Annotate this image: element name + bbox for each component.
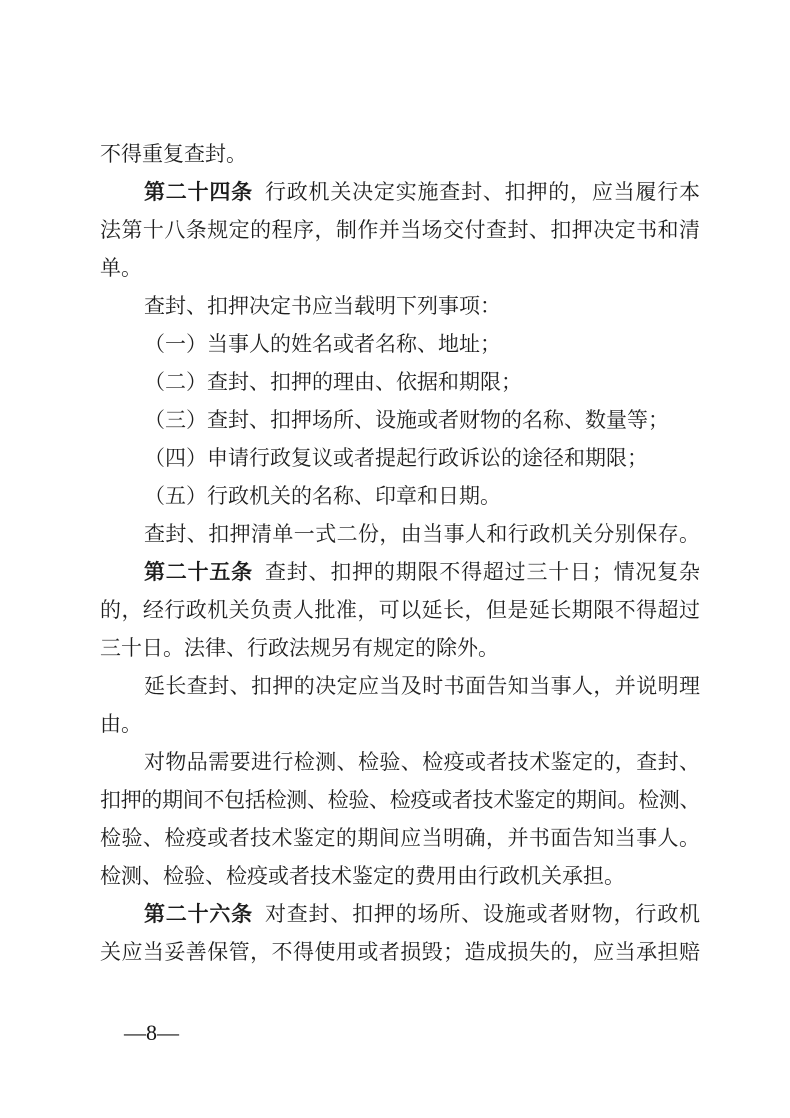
document-page: 不得重复查封。 第二十四条行政机关决定实施查封、扣押的，应当履行本 法第十八条规…	[0, 0, 790, 1118]
line-text: （一）当事人的姓名或者名称、地址；	[144, 332, 501, 356]
line-text: （二）查封、扣押的理由、依据和期限；	[144, 370, 522, 394]
list-item-5: （五）行政机关的名称、印章和日期。	[100, 477, 700, 515]
body-line: 三十日。法律、行政法规另有规定的除外。	[100, 629, 700, 667]
line-text: 不得重复查封。	[100, 142, 247, 166]
page-number: —8—	[124, 1019, 179, 1047]
line-text: 检验、检疫或者技术鉴定的期间应当明确，并书面告知当事人。	[100, 826, 700, 850]
line-text: 法第十八条规定的程序，制作并当场交付查封、扣押决定书和清	[100, 218, 700, 242]
line-text: 单。	[100, 256, 142, 280]
body-line: 延长查封、扣押的决定应当及时书面告知当事人，并说明理	[100, 667, 700, 705]
body-line: 扣押的期间不包括检测、检验、检疫或者技术鉴定的期间。检测、	[100, 781, 700, 819]
line-text: 查封、扣押清单一式二份，由当事人和行政机关分别保存。	[144, 522, 700, 546]
line-text: （四）申请行政复议或者提起行政诉讼的途径和期限；	[144, 446, 648, 470]
line-text: 扣押的期间不包括检测、检验、检疫或者技术鉴定的期间。检测、	[100, 788, 700, 812]
body-line: 对物品需要进行检测、检验、检疫或者技术鉴定的，查封、	[100, 743, 700, 781]
line-text: 行政机关决定实施查封、扣押的，应当履行本	[265, 180, 700, 204]
list-item-3: （三）查封、扣押场所、设施或者财物的名称、数量等；	[100, 401, 700, 439]
list-item-4: （四）申请行政复议或者提起行政诉讼的途径和期限；	[100, 439, 700, 477]
body-line: 由。	[100, 705, 700, 743]
article-26-heading-line: 第二十六条对查封、扣押的场所、设施或者财物，行政机	[100, 895, 700, 933]
line-text: 查封、扣押决定书应当载明下列事项：	[144, 294, 501, 318]
body-line: 查封、扣押清单一式二份，由当事人和行政机关分别保存。	[100, 515, 700, 553]
body-line: 不得重复查封。	[100, 135, 700, 173]
line-text: 对查封、扣押的场所、设施或者财物，行政机	[265, 902, 700, 926]
body-line: 法第十八条规定的程序，制作并当场交付查封、扣押决定书和清	[100, 211, 700, 249]
list-item-2: （二）查封、扣押的理由、依据和期限；	[100, 363, 700, 401]
article-number: 第二十四条	[144, 180, 253, 204]
line-text: 对物品需要进行检测、检验、检疫或者技术鉴定的，查封、	[144, 750, 700, 774]
line-text: 检测、检验、检疫或者技术鉴定的费用由行政机关承担。	[100, 864, 625, 888]
line-text: （三）查封、扣押场所、设施或者财物的名称、数量等；	[144, 408, 669, 432]
article-number: 第二十五条	[144, 560, 253, 584]
line-text: 的，经行政机关负责人批准，可以延长，但是延长期限不得超过	[100, 598, 700, 622]
article-25-heading-line: 第二十五条查封、扣押的期限不得超过三十日；情况复杂	[100, 553, 700, 591]
article-24-heading-line: 第二十四条行政机关决定实施查封、扣押的，应当履行本	[100, 173, 700, 211]
body-line: 的，经行政机关负责人批准，可以延长，但是延长期限不得超过	[100, 591, 700, 629]
list-item-1: （一）当事人的姓名或者名称、地址；	[100, 325, 700, 363]
body-line: 检验、检疫或者技术鉴定的期间应当明确，并书面告知当事人。	[100, 819, 700, 857]
body-line: 单。	[100, 249, 700, 287]
line-text: 延长查封、扣押的决定应当及时书面告知当事人，并说明理	[144, 674, 700, 698]
line-text: （五）行政机关的名称、印章和日期。	[144, 484, 501, 508]
line-text: 由。	[100, 712, 142, 736]
line-text: 查封、扣押的期限不得超过三十日；情况复杂	[265, 560, 700, 584]
article-number: 第二十六条	[144, 902, 253, 926]
body-line: 关应当妥善保管，不得使用或者损毁；造成损失的，应当承担赔	[100, 933, 700, 971]
line-text: 三十日。法律、行政法规另有规定的除外。	[100, 636, 499, 660]
page-body-text: 不得重复查封。 第二十四条行政机关决定实施查封、扣押的，应当履行本 法第十八条规…	[100, 135, 700, 971]
body-line: 查封、扣押决定书应当载明下列事项：	[100, 287, 700, 325]
line-text: 关应当妥善保管，不得使用或者损毁；造成损失的，应当承担赔	[100, 940, 700, 964]
body-line: 检测、检验、检疫或者技术鉴定的费用由行政机关承担。	[100, 857, 700, 895]
